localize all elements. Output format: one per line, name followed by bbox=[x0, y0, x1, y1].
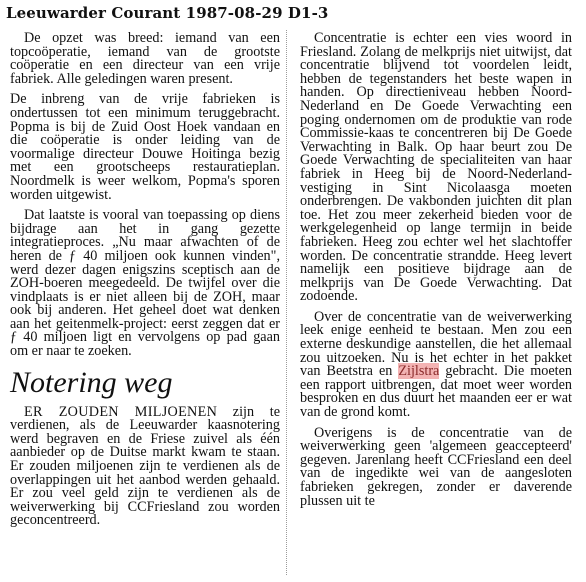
article-paragraph: Over de concentratie van de weiverwerkin… bbox=[300, 311, 572, 420]
column-divider bbox=[286, 30, 287, 575]
article-paragraph: De opzet was breed: iemand van een topco… bbox=[10, 32, 280, 86]
article-paragraph: Dat laatste is vooral van toepassing op … bbox=[10, 209, 280, 359]
article-paragraph: De inbreng van de vrije fabrieken is ond… bbox=[10, 93, 280, 202]
lead-text: zijn te verdienen, als de Leeuwarder kaa… bbox=[10, 404, 280, 529]
article-paragraph-lead: ER ZOUDEN MILJOENEN zijn te verdienen, a… bbox=[10, 406, 280, 528]
right-column: Concentratie is echter een vies woord in… bbox=[300, 32, 572, 515]
subheading: Notering weg bbox=[10, 366, 280, 400]
newspaper-header: Leeuwarder Courant 1987-08-29 D1-3 bbox=[6, 4, 328, 22]
article-paragraph: Overigens is de concentratie van de weiv… bbox=[300, 427, 572, 509]
left-column: De opzet was breed: iemand van een topco… bbox=[10, 32, 280, 535]
article-paragraph: Concentratie is echter een vies woord in… bbox=[300, 32, 572, 304]
